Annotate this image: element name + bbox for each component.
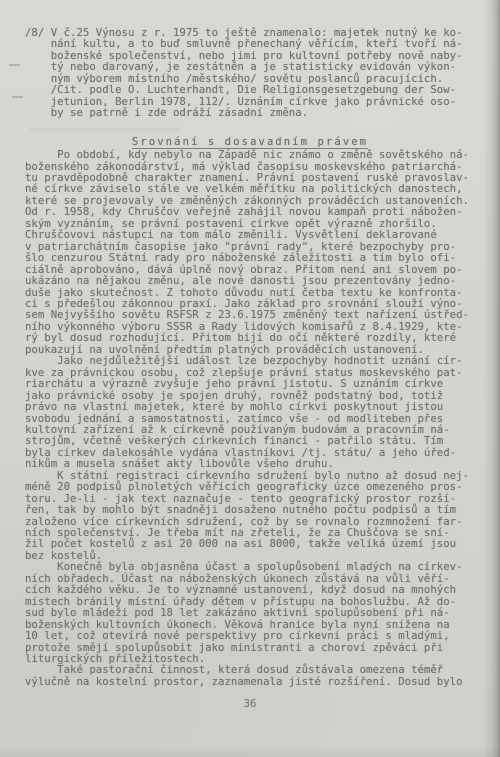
body-paragraph-1: Po období, kdy nebylo na Západě nic znám… — [25, 149, 500, 355]
section-heading-row: Srovnání s dosavadním právem — [25, 134, 475, 149]
margin-dash-mark — [9, 64, 20, 66]
scan-smudge-mark — [30, 128, 180, 131]
page-number-row: 36 — [25, 692, 475, 711]
body-paragraph-3: K státní registraci církevního sdružení … — [25, 470, 500, 562]
body-paragraph-5: Také pastorační činnost, která dosud zůs… — [25, 664, 500, 687]
margin-dash-mark — [12, 96, 23, 98]
body-paragraph-4: Konečně byla objasněna účast a spolupůso… — [25, 561, 500, 664]
scan-bottom-shade — [0, 747, 500, 757]
section-heading: Srovnání s dosavadním právem — [132, 136, 368, 149]
page-number: 36 — [244, 697, 257, 710]
footnote-block: /8/ V č.25 Výnosu z r. 1975 to ještě zna… — [25, 27, 500, 119]
scanned-page: /8/ V č.25 Výnosu z r. 1975 to ještě zna… — [0, 0, 500, 757]
body-paragraph-2: Jako nejdůležitější událost lze bezpochy… — [25, 355, 500, 470]
